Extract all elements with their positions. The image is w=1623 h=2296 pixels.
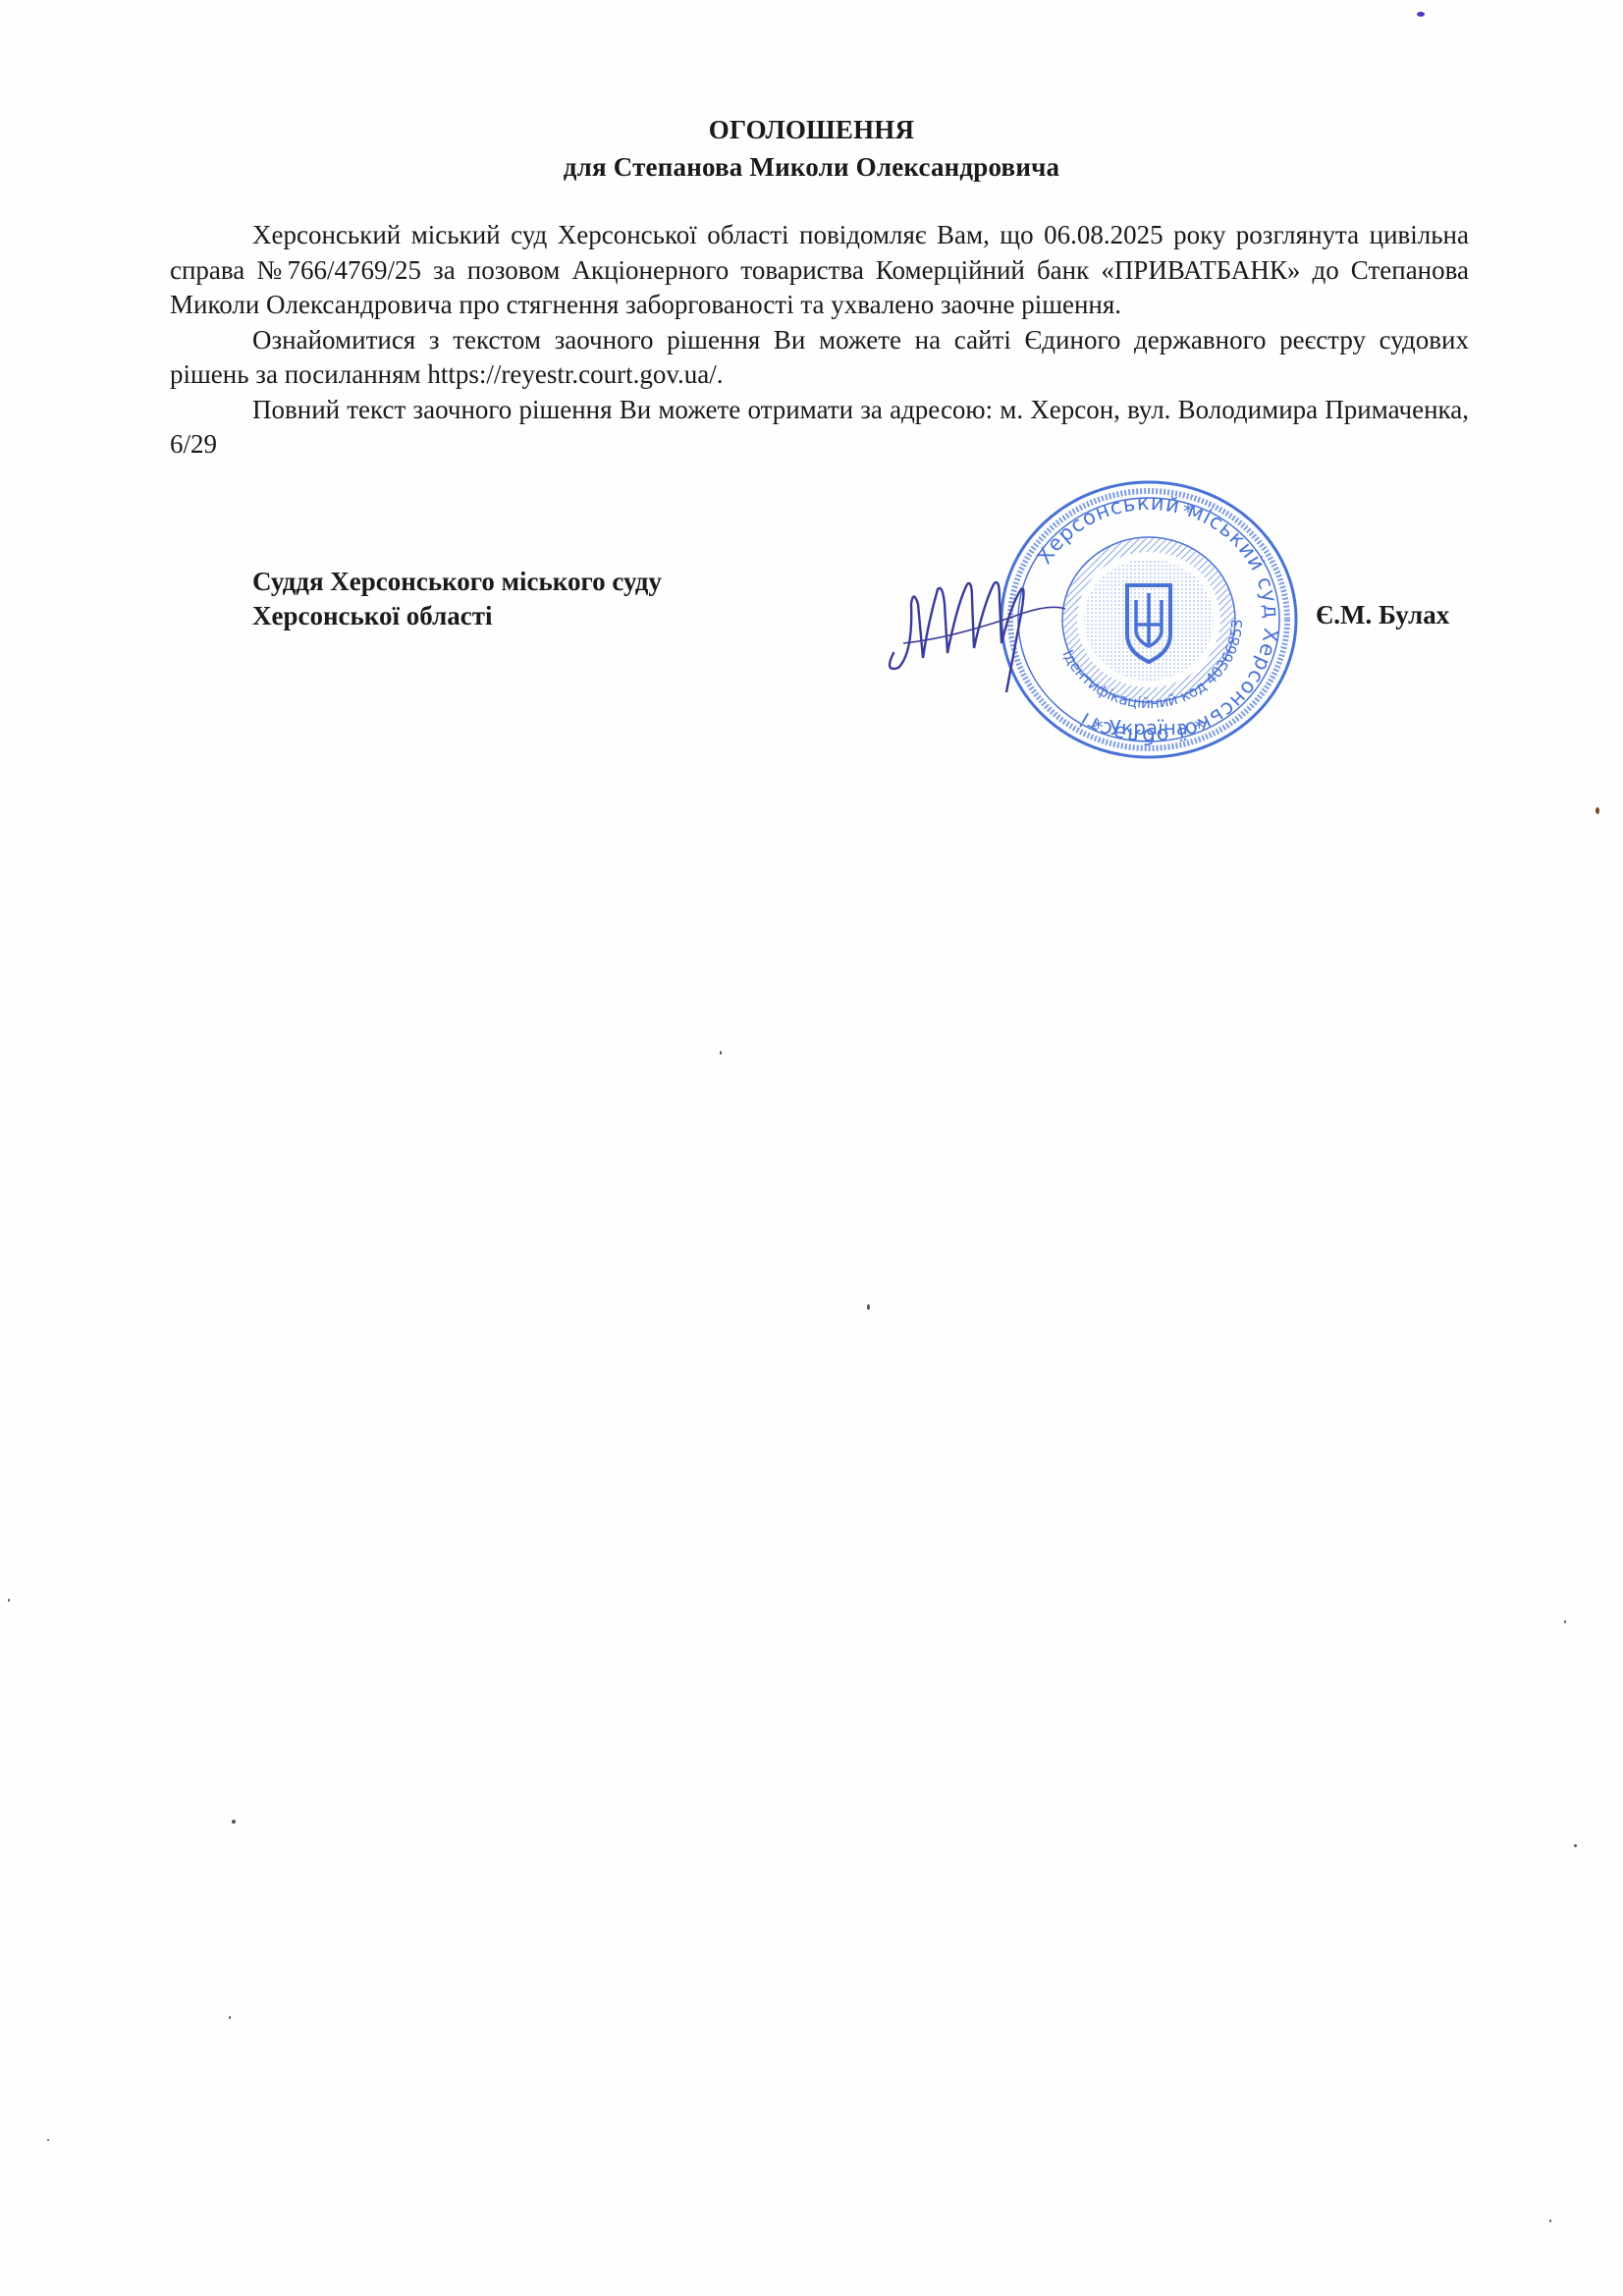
document-page: ОГОЛОШЕННЯ для Степанова Миколи Олександ…	[0, 0, 1623, 2296]
scan-speck	[1417, 12, 1425, 17]
scan-speck	[232, 1820, 236, 1824]
document-body: Херсонський міський суд Херсонської обла…	[170, 218, 1469, 463]
judge-position-line2: Херсонської області	[252, 599, 662, 633]
judge-position: Суддя Херсонського міського суду Херсонс…	[252, 565, 662, 633]
paragraph-address: Повний текст заочного рішення Ви можете …	[170, 393, 1469, 463]
svg-text:* Україна *: * Україна *	[1094, 716, 1205, 739]
scan-speck	[229, 2016, 231, 2019]
scan-speck	[1596, 807, 1599, 814]
document-addressee: для Степанова Миколи Олександровича	[0, 147, 1623, 187]
scan-speck	[720, 1051, 722, 1055]
paragraph-notice: Херсонський міський суд Херсонської обла…	[170, 218, 1469, 323]
scan-speck	[1549, 2219, 1551, 2222]
document-title: ОГОЛОШЕННЯ	[0, 110, 1623, 149]
scan-speck	[1574, 1844, 1577, 1847]
scan-speck	[1564, 1620, 1566, 1623]
paragraph-registry-link: Ознайомитися з текстом заочного рішення …	[170, 323, 1469, 393]
judge-name: Є.М. Булах	[1316, 598, 1449, 632]
scan-speck	[867, 1304, 870, 1310]
scan-speck	[47, 2139, 49, 2141]
scan-speck	[8, 1599, 10, 1602]
handwritten-signature-icon	[874, 545, 1070, 692]
svg-text:*: *	[1183, 500, 1193, 523]
judge-position-line1: Суддя Херсонського міського суду	[252, 565, 662, 599]
